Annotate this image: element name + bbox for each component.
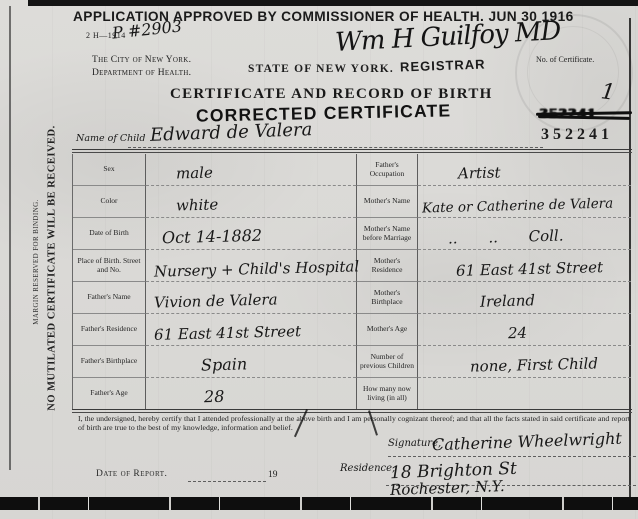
- field-label: Date of Birth: [73, 218, 146, 250]
- field-label: Number of previous Children: [356, 346, 418, 378]
- field-value: white: [146, 186, 356, 218]
- field-value: Oct 14-1882: [146, 218, 356, 250]
- field-label: Father's Name: [73, 282, 146, 314]
- name-of-child-label: Name of Child: [76, 133, 145, 144]
- birth-certificate-scan: APPLICATION APPROVED BY COMMISSIONER OF …: [0, 0, 638, 519]
- field-value: Kate or Catherine de Valera: [418, 186, 631, 218]
- field-value: Ireland: [418, 282, 631, 314]
- field-label: Color: [73, 186, 146, 218]
- table-bottom-rule: [72, 409, 632, 413]
- certificate-number: 352241: [541, 126, 613, 144]
- field-label: Mother's Name: [356, 186, 418, 218]
- department-line: Department of Health.: [92, 68, 191, 78]
- field-value: Nursery + Child's Hospital: [146, 250, 356, 282]
- registrar-stamp: REGISTRAR: [400, 57, 486, 75]
- field-value: 61 East 41st Street: [418, 250, 631, 282]
- date-of-report-line: [188, 480, 266, 482]
- field-label: Mother's Birthplace: [356, 282, 418, 314]
- field-value: Artist: [418, 154, 631, 186]
- fields-table: Sex male Father's Occupation Artist Colo…: [72, 154, 631, 410]
- field-label: Mother's Age: [356, 314, 418, 346]
- field-value: 61 East 41st Street: [146, 314, 356, 346]
- field-label: Sex: [73, 154, 146, 186]
- field-label: Father's Age: [73, 378, 146, 410]
- field-value: male: [146, 154, 356, 186]
- field-value: [418, 378, 631, 410]
- table-top-rule: [72, 149, 632, 153]
- certificate-number-label: No. of Certificate.: [536, 55, 594, 64]
- field-label: Father's Birthplace: [73, 346, 146, 378]
- field-label: How many now living (in all): [356, 378, 418, 410]
- field-label: Mother's Name before Marriage: [356, 218, 418, 250]
- mutilated-certificate-warning: NO MUTILATED CERTIFICATE WILL BE RECEIVE…: [47, 125, 58, 411]
- margin-binding-note: MARGIN RESERVED FOR BINDING.: [32, 199, 40, 324]
- field-label: Mother's Residence: [356, 250, 418, 282]
- residence-line2: Rochester, N.Y.: [390, 477, 505, 499]
- field-value: 24: [418, 314, 631, 346]
- field-label: Father's Occupation: [356, 154, 418, 186]
- name-of-child-value: Edward de Valera: [150, 119, 313, 146]
- state-line: STATE OF NEW YORK.: [248, 63, 394, 75]
- city-line: The City of New York.: [92, 55, 191, 65]
- certification-text: I, the undersigned, hereby certify that …: [78, 415, 630, 432]
- bottom-edge-bar: [0, 497, 638, 510]
- field-value: .. .. Coll.: [418, 218, 631, 250]
- residence-label: Residence,: [340, 463, 395, 474]
- date-of-report-label: Date of Report.: [96, 469, 167, 479]
- field-value: none, First Child: [418, 346, 631, 378]
- signature-line: [388, 455, 636, 457]
- signature-value: Catherine Wheelwright: [432, 429, 622, 455]
- name-of-child-line: [128, 146, 543, 148]
- field-label: Father's Residence: [73, 314, 146, 346]
- date-year-prefix: 19: [268, 470, 278, 480]
- left-rule-line: [9, 6, 11, 470]
- field-value: Vivion de Valera: [146, 282, 356, 314]
- top-edge-bar: [28, 0, 638, 6]
- field-label: Place of Birth. Street and No.: [73, 250, 146, 282]
- field-value: Spain: [146, 346, 356, 378]
- field-value: 28: [146, 378, 356, 410]
